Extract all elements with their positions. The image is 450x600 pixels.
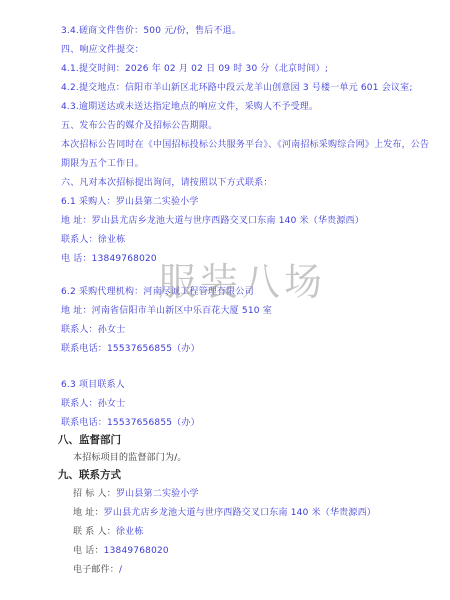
contact-value: 罗山县尤店乡龙池大道与世序西路交叉口东南 140 米（华贵源西）	[104, 508, 376, 518]
purchaser-contact: 联系人：徐业栋	[61, 234, 125, 246]
section-5-body-1: 本次招标公告同时在《中国招标投标公共服务平台》、《河南招标采购综合网》上发布，公…	[61, 139, 429, 151]
contact-label: 地 址：	[73, 508, 104, 518]
section-9-title: 九、联系方式	[58, 468, 121, 482]
doc-price-line: 3.4.磋商文件售价：500 元/份，售后不退。	[61, 25, 241, 37]
contact-label: 电子邮件：	[73, 565, 119, 575]
purchaser-address: 地 址：罗山县尤店乡龙池大道与世序西路交叉口东南 140 米（华贵源西）	[61, 215, 364, 227]
project-contact-name: 联系人：孙女士	[61, 398, 125, 410]
agency-address: 地 址：河南省信阳市羊山新区中乐百花大厦 510 室	[61, 305, 272, 317]
contact-row-address: 地 址：罗山县尤店乡龙池大道与世序西路交叉口东南 140 米（华贵源西）	[73, 507, 376, 519]
section-5-title: 五、发布公告的媒介及招标公告期限。	[61, 120, 217, 132]
contact-value: 徐业栋	[116, 527, 144, 537]
section-6-title: 六、凡对本次招标提出询问，请按照以下方式联系：	[61, 177, 273, 189]
agency-heading: 6.2 采购代理机构：河南尽诚工程管理有限公司	[61, 286, 254, 298]
contact-label: 联 系 人：	[73, 527, 116, 537]
late-submission-line: 4.3.逾期送达或未送达指定地点的响应文件，采购人不予受理。	[61, 101, 318, 113]
contact-label: 招 标 人：	[73, 489, 116, 499]
purchaser-heading: 6.1 采购人：罗山县第二实验小学	[61, 196, 199, 208]
contact-row-person: 联 系 人：徐业栋	[73, 526, 144, 538]
contact-row-email: 电子邮件：/	[73, 564, 122, 576]
section-8-title: 八、监督部门	[58, 433, 121, 447]
project-contact-phone: 联系电话：15537656855（办）	[61, 417, 200, 429]
contact-row-phone: 电 话：13849768020	[73, 545, 169, 557]
section-8-body: 本招标项目的监督部门为/。	[73, 452, 187, 464]
contact-value: 13849768020	[104, 546, 169, 556]
contact-value: 罗山县第二实验小学	[116, 489, 199, 499]
agency-contact: 联系人：孙女士	[61, 324, 125, 336]
submit-time-line: 4.1.提交时间：2026 年 02 月 02 日 09 时 30 分（北京时间…	[61, 63, 328, 75]
section-4-title: 四、响应文件提交：	[61, 44, 144, 56]
section-5-body-2: 期限为五个工作日。	[61, 158, 144, 170]
contact-label: 电 话：	[73, 546, 104, 556]
contact-row-bidder: 招 标 人：罗山县第二实验小学	[73, 488, 199, 500]
submit-location-line: 4.2.提交地点：信阳市羊山新区北环路中段云龙羊山创意园 3 号楼一单元 601…	[61, 82, 413, 94]
agency-phone: 联系电话：15537656855（办）	[61, 343, 200, 355]
contact-value: /	[119, 565, 122, 575]
document-page: 3.4.磋商文件售价：500 元/份，售后不退。 四、响应文件提交： 4.1.提…	[0, 0, 450, 600]
project-contact-heading: 6.3 项目联系人	[61, 379, 125, 391]
purchaser-phone: 电 话：13849768020	[61, 253, 157, 265]
